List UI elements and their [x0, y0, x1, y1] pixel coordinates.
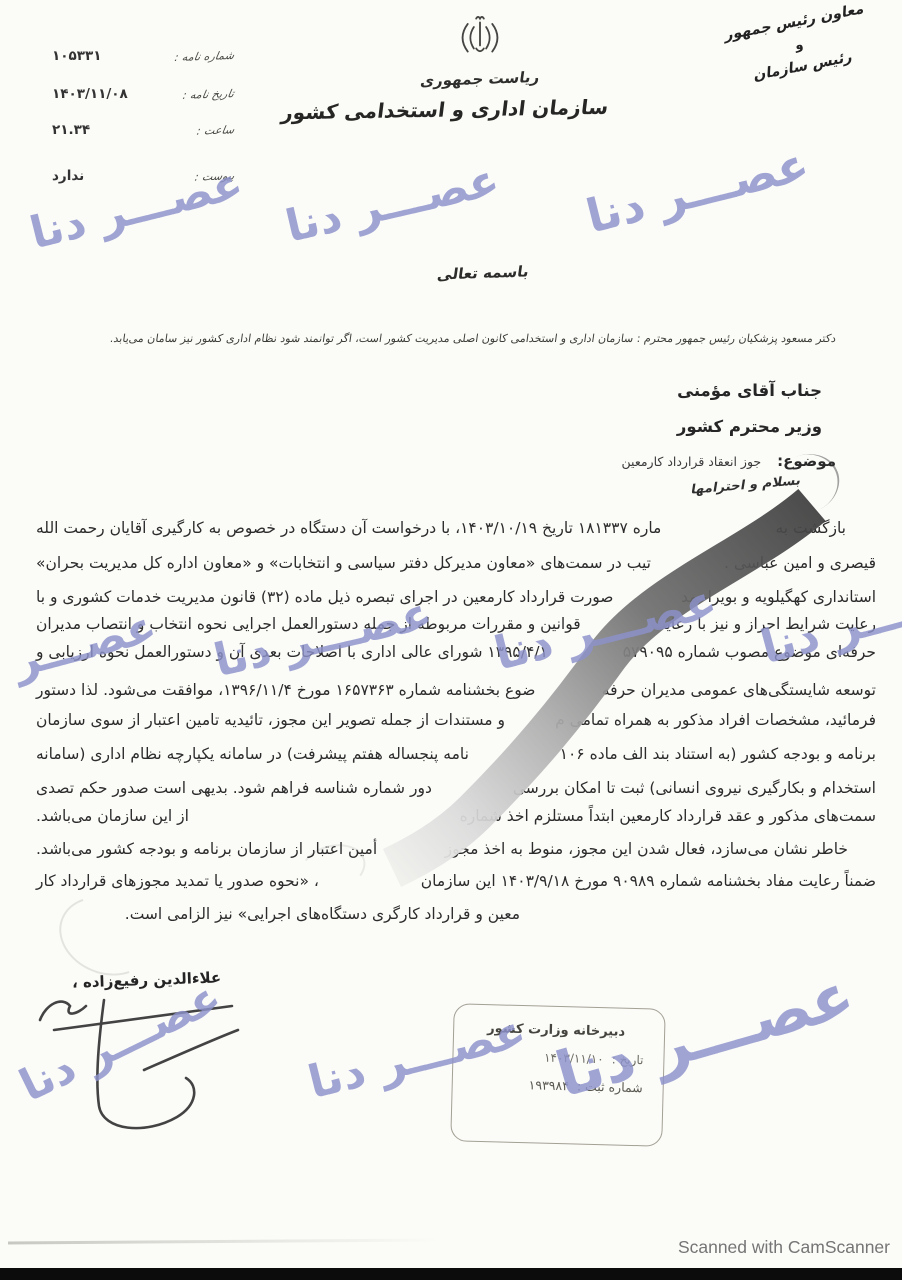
body-line-left: نامه پنجساله هفتم پیشرفت) در سامانه یکپا…	[36, 743, 469, 765]
asr-dena-watermark: عصـــر دنا	[281, 154, 504, 252]
body-line: فرمائید، مشخصات افراد مذکور به همراه تما…	[36, 709, 876, 731]
besmellah: باسمه تعالی	[406, 261, 559, 284]
body-line: خاطر نشان می‌سازد، فعال شدن این مجوز، من…	[36, 838, 848, 860]
letter-time-row: ساعت : ۲۱.۳۴	[52, 122, 234, 138]
body-line-right: استخدام و بکارگیری نیروی انسانی) ثبت تا …	[513, 777, 876, 799]
letter-number-label: شماره نامه :	[174, 49, 236, 64]
president-motto-line: دکتر مسعود پزشکیان رئیس جمهور محترم : سا…	[119, 332, 837, 345]
body-line-right: معین و قرارداد کارگری دستگاه‌های اجرایی»…	[125, 905, 520, 923]
body-line-right: توسعه شایستگی‌های عمومی مدیران حرفه	[602, 679, 876, 701]
letter-attachment-value: ندارد	[52, 168, 84, 184]
scan-artifact	[8, 1238, 438, 1244]
scanned-letter-page: شماره نامه : ۱۰۵۳۳۱ تاریخ نامه : ۱۴۰۳/۱۱…	[0, 0, 902, 1280]
body-line: سمت‌های مذکور و عقد قرارداد کارمعین ابتد…	[36, 805, 876, 827]
body-line-left: از این سازمان می‌باشد.	[36, 805, 189, 827]
body-line-right: سمت‌های مذکور و عقد قرارداد کارمعین ابتد…	[460, 805, 876, 827]
letter-date-row: تاریخ نامه : ۱۴۰۳/۱۱/۰۸	[52, 86, 234, 102]
body-line-left: تیب در سمت‌های «معاون مدیرکل دفتر سیاسی …	[36, 552, 651, 574]
body-line-left: ضوع بخشنامه شماره ۱۶۵۷۳۶۳ مورخ ۱۳۹۶/۱۱/۴…	[36, 679, 535, 701]
scan-edge-bar	[0, 1268, 902, 1280]
letter-date-value: ۱۴۰۳/۱۱/۰۸	[52, 86, 128, 102]
body-line-left: و مستندات از جمله تصویر این مجوز، تائیدی…	[36, 709, 505, 731]
org-header: ریاست جمهوری سازمان اداری و استخدامی کشو…	[352, 12, 608, 121]
letter-number-row: شماره نامه : ۱۰۵۳۳۱	[52, 48, 234, 64]
body-line: معین و قرارداد کارگری دستگاه‌های اجرایی»…	[125, 905, 520, 923]
org-title-presidency: ریاست جمهوری	[350, 66, 610, 93]
body-line-right: بازگشت به	[776, 517, 847, 539]
body-line: بازگشت بهماره ۱۸۱۳۳۷ تاریخ ۱۴۰۳/۱۰/۱۹، ب…	[36, 517, 846, 539]
body-line-right: ضمناً رعایت مفاد بخشنامه شماره ۹۰۹۸۹ مور…	[421, 870, 876, 892]
asr-dena-watermark: عصـــر دنا	[755, 564, 902, 675]
org-title-organization: سازمان اداری و استخدامی کشور	[350, 95, 610, 123]
asr-dena-watermark: عصـــر دنا	[548, 957, 862, 1111]
body-line: قیصری و امین عباسی .تیب در سمت‌های «معاو…	[36, 552, 876, 574]
officials-block: معاون رئیس جمهور و رئیس سازمان	[702, 0, 896, 92]
recipient-title: وزیر محترم کشور	[677, 417, 822, 436]
body-line-right: فرمائید، مشخصات افراد مذکور به همراه تما…	[555, 709, 876, 731]
letter-date-label: تاریخ نامه :	[182, 87, 235, 102]
body-line: رعایت شرایط احراز و نیز با رعایتقوانین و…	[36, 613, 876, 635]
camscanner-credit: Scanned with CamScanner	[678, 1237, 890, 1258]
body-line: استانداری کهگیلویه و بویراحمدصورت قراردا…	[36, 586, 876, 608]
body-line-left: ، «نحوه صدور یا تمدید مجوزهای قرارداد کا…	[36, 870, 319, 892]
recipient-name: جناب آقای مؤمنی	[677, 381, 822, 400]
body-line: توسعه شایستگی‌های عمومی مدیران حرفهضوع ب…	[36, 679, 876, 701]
body-line-left: ماره ۱۸۱۳۳۷ تاریخ ۱۴۰۳/۱۰/۱۹، با درخواست…	[36, 517, 661, 539]
letter-time-label: ساعت :	[196, 123, 236, 137]
letter-time-value: ۲۱.۳۴	[52, 122, 90, 138]
iran-emblem-icon	[457, 47, 503, 66]
body-line-right: قیصری و امین عباسی .	[724, 552, 876, 574]
body-line-left: أمین اعتبار از سازمان برنامه و بودجه کشو…	[36, 838, 377, 860]
asr-dena-watermark: عصـــر دنا	[581, 136, 814, 243]
body-line: استخدام و بکارگیری نیروی انسانی) ثبت تا …	[36, 777, 876, 799]
body-line-left: صورت قرارداد کارمعین در اجرای تبصره ذیل …	[36, 586, 613, 608]
body-line: ضمناً رعایت مفاد بخشنامه شماره ۹۰۹۸۹ مور…	[36, 870, 876, 892]
letter-number-value: ۱۰۵۳۳۱	[52, 48, 101, 64]
subject-text: جوز انعقاد قرارداد کارمعین	[622, 454, 762, 469]
body-line-right: برنامه و بودجه کشور (به استناد بند الف م…	[560, 743, 876, 765]
body-line: برنامه و بودجه کشور (به استناد بند الف م…	[36, 743, 876, 765]
body-line-left: دور شماره شناسه فراهم شود. بدیهی است صدو…	[36, 777, 432, 799]
body-line-right: خاطر نشان می‌سازد، فعال شدن این مجوز، من…	[445, 838, 848, 860]
body-line: حرفه‌ای موضوع مصوب شماره ۵۷۹۰۹۵۱۳۹۵/۴/۱ …	[36, 641, 876, 663]
